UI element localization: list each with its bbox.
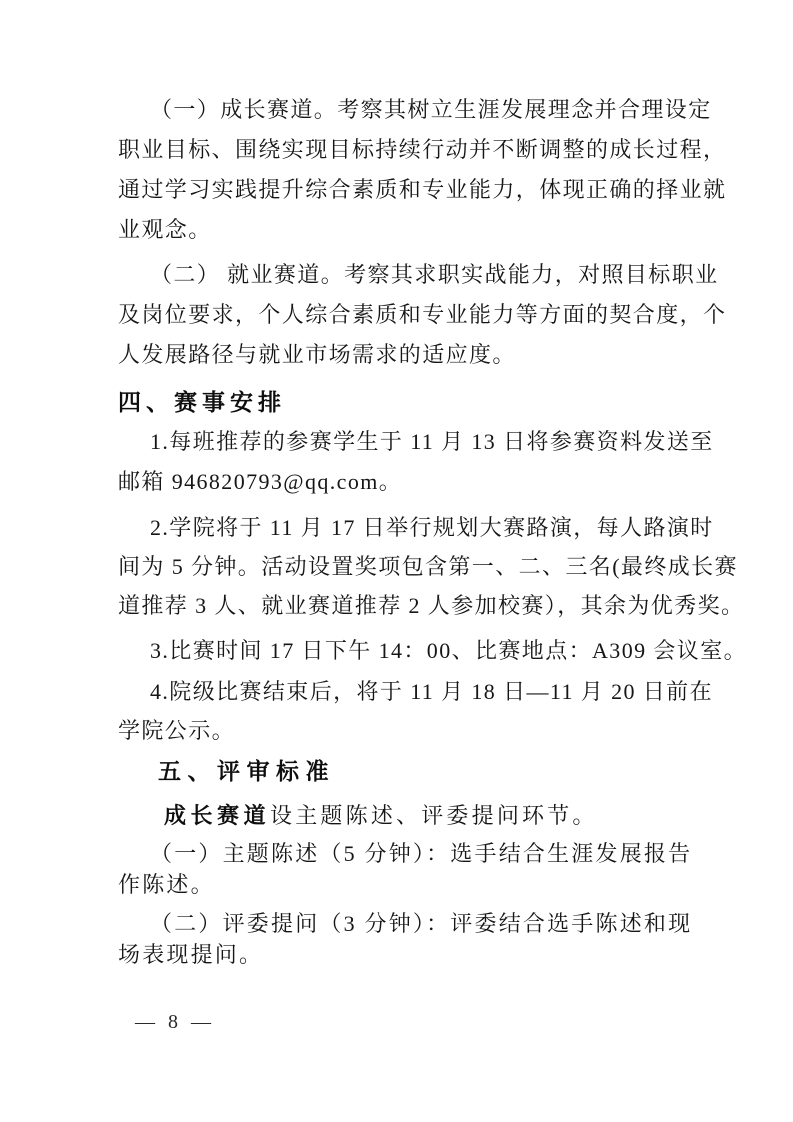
- text-line: 3.比赛时间 17 日下午 14：00、比赛地点：A309 会议室。: [118, 631, 738, 671]
- text-line: 邮箱 946820793@qq.com。: [118, 462, 738, 502]
- text-line: （二） 就业赛道。考察其求职实战能力，对照目标职业: [118, 255, 738, 295]
- paragraph-growth-track: （一）成长赛道。考察其树立生涯发展理念并合理设定 职业目标、围绕实现目标持续行动…: [118, 90, 738, 250]
- text-line: 道推荐 3 人、就业赛道推荐 2 人参加校赛），其余为优秀奖。: [118, 586, 738, 625]
- text-line: 间为 5 分钟。活动设置奖项包含第一、二、三名(最终成长赛: [118, 547, 738, 586]
- text-line: 人发展路径与就业市场需求的适应度。: [118, 335, 738, 375]
- text-line: 作陈述。: [118, 869, 738, 900]
- text-line: 4.院级比赛结束后，将于 11 月 18 日—11 月 20 日前在: [118, 672, 738, 711]
- text-line: 通过学习实践提升综合素质和专业能力，体现正确的择业就: [118, 170, 738, 210]
- paragraph-item-1: 1.每班推荐的参赛学生于 11 月 13 日将参赛资料发送至 邮箱 946820…: [118, 422, 738, 502]
- document-page: （一）成长赛道。考察其树立生涯发展理念并合理设定 职业目标、围绕实现目标持续行动…: [0, 0, 793, 1122]
- text-line: 学院公示。: [118, 711, 738, 750]
- paragraph-criteria-1: （一）主题陈述（5 分钟）：选手结合生涯发展报告 作陈述。: [118, 838, 738, 900]
- track-intro-rest: 设主题陈述、评委提问环节。: [270, 803, 598, 828]
- text-line: 成长赛道设主题陈述、评委提问环节。: [118, 800, 738, 831]
- text-line: 及岗位要求，个人综合素质和专业能力等方面的契合度，个: [118, 295, 738, 335]
- text-line: 业观念。: [118, 210, 738, 250]
- paragraph-criteria-2: （二）评委提问（3 分钟）：评委结合选手陈述和现 场表现提问。: [118, 908, 738, 970]
- text-line: 职业目标、围绕实现目标持续行动并不断调整的成长过程，: [118, 130, 738, 170]
- paragraph-item-3: 3.比赛时间 17 日下午 14：00、比赛地点：A309 会议室。: [118, 631, 738, 671]
- section-heading-criteria: 五、评审标准: [118, 755, 335, 788]
- text-line: 2.学院将于 11 月 17 日举行规划大赛路演，每人路演时: [118, 508, 738, 547]
- page-number: — 8 —: [135, 1011, 212, 1034]
- text-line: （一）主题陈述（5 分钟）：选手结合生涯发展报告: [118, 838, 738, 869]
- text-line: 场表现提问。: [118, 939, 738, 970]
- text-line: 1.每班推荐的参赛学生于 11 月 13 日将参赛资料发送至: [118, 422, 738, 462]
- paragraph-item-2: 2.学院将于 11 月 17 日举行规划大赛路演，每人路演时 间为 5 分钟。活…: [118, 508, 738, 625]
- track-intro-lead: 成长赛道: [164, 803, 270, 828]
- paragraph-track-intro: 成长赛道设主题陈述、评委提问环节。: [118, 800, 738, 831]
- text-line: （一）成长赛道。考察其树立生涯发展理念并合理设定: [118, 90, 738, 130]
- text-line: （二）评委提问（3 分钟）：评委结合选手陈述和现: [118, 908, 738, 939]
- paragraph-item-4: 4.院级比赛结束后，将于 11 月 18 日—11 月 20 日前在 学院公示。: [118, 672, 738, 750]
- section-heading-schedule: 四、赛事安排: [118, 382, 286, 422]
- paragraph-employment-track: （二） 就业赛道。考察其求职实战能力，对照目标职业 及岗位要求，个人综合素质和专…: [118, 255, 738, 375]
